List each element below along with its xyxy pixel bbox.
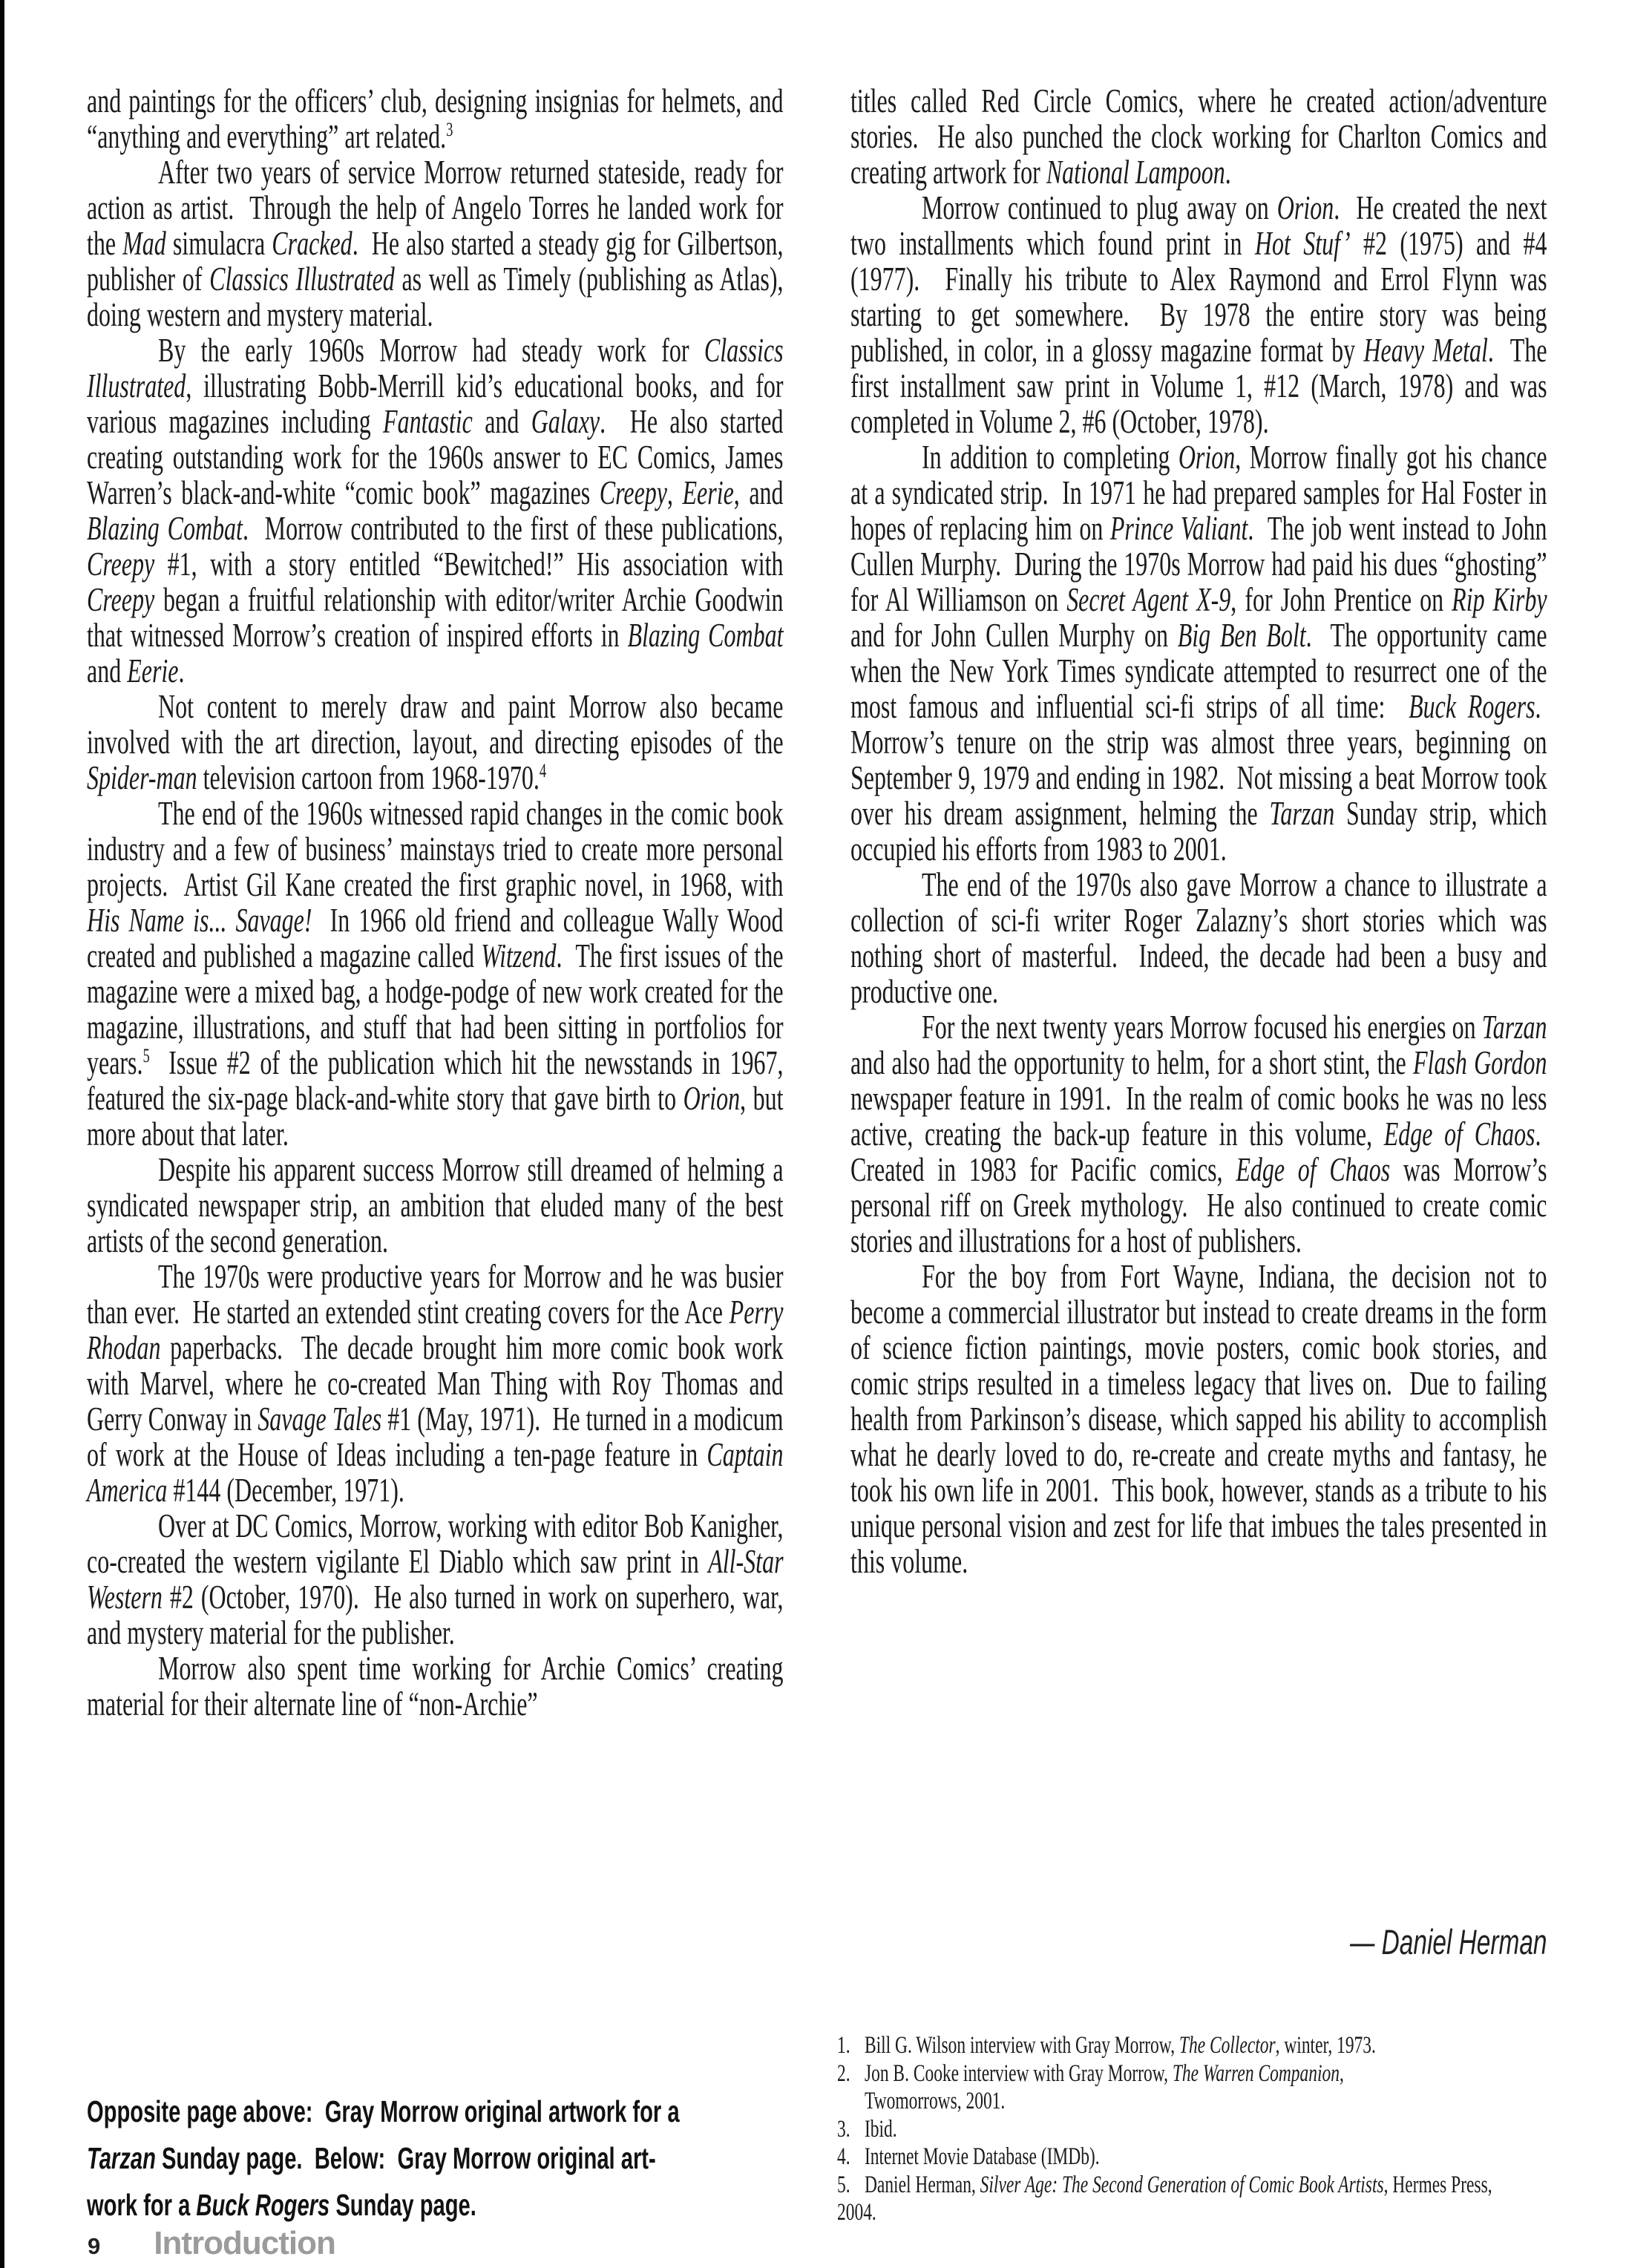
- footnote-item: 2.Jon B. Cooke interview with Gray Morro…: [837, 2060, 1534, 2116]
- paragraph: The end of the 1970s also gave Morrow a …: [850, 867, 1547, 1009]
- paragraph: The end of the 1960s witnessed rapid cha…: [87, 796, 784, 1152]
- footnote-number: 4.: [837, 2143, 865, 2172]
- paragraph: Morrow continued to plug away on Orion. …: [850, 190, 1547, 439]
- image-caption: Opposite page above: Gray Morrow origina…: [87, 2088, 784, 2229]
- footnotes-list: 1.Bill G. Wilson interview with Gray Mor…: [837, 2032, 1534, 2227]
- paragraph: Over at DC Comics, Morrow, working with …: [87, 1508, 784, 1651]
- caption-line: Tarzan Sunday page. Below: Gray Morrow o…: [87, 2135, 784, 2182]
- scan-edge-strip: [0, 0, 4, 2268]
- page-footer: 9 Introduction: [88, 2225, 335, 2262]
- body-column-left: and paintings for the officers’ club, de…: [87, 83, 784, 1722]
- paragraph: Morrow also spent time working for Archi…: [87, 1651, 784, 1722]
- section-title: Introduction: [154, 2225, 335, 2262]
- caption-line: Opposite page above: Gray Morrow origina…: [87, 2088, 784, 2135]
- body-column-right: titles called Red Circle Comics, where h…: [850, 83, 1547, 1579]
- footnote-number: 3.: [837, 2116, 865, 2144]
- paragraph: By the early 1960s Morrow had steady wor…: [87, 332, 784, 689]
- author-signature: — Daniel Herman: [850, 1924, 1547, 1961]
- book-page: and paintings for the officers’ club, de…: [0, 0, 1626, 2268]
- page-number: 9: [88, 2233, 100, 2260]
- caption-line: work for a Buck Rogers Sunday page.: [87, 2182, 784, 2229]
- paragraph: Despite his apparent success Morrow stil…: [87, 1152, 784, 1259]
- paragraph: The 1970s were productive years for Morr…: [87, 1259, 784, 1508]
- footnote-text: Bill G. Wilson interview with Gray Morro…: [865, 2032, 1376, 2059]
- paragraph: After two years of service Morrow return…: [87, 154, 784, 332]
- footnote-item: 3.Ibid.: [837, 2116, 1534, 2144]
- footnote-item: 1.Bill G. Wilson interview with Gray Mor…: [837, 2032, 1534, 2060]
- paragraph: For the boy from Fort Wayne, Indiana, th…: [850, 1259, 1547, 1579]
- footnote-text: Internet Movie Database (IMDb).: [865, 2143, 1100, 2170]
- paragraph: For the next twenty years Morrow focused…: [850, 1009, 1547, 1259]
- footnote-item: 5.Daniel Herman, Silver Age: The Second …: [837, 2172, 1534, 2227]
- footnote-text: Ibid.: [865, 2116, 897, 2143]
- paragraph: Not content to merely draw and paint Mor…: [87, 689, 784, 796]
- paragraph: In addition to completing Orion, Morrow …: [850, 439, 1547, 867]
- footnote-number: 1.: [837, 2032, 865, 2060]
- footnote-number: 5.: [837, 2172, 865, 2200]
- footnote-item: 4.Internet Movie Database (IMDb).: [837, 2143, 1534, 2172]
- footnote-text: Jon B. Cooke interview with Gray Morrow,…: [865, 2060, 1344, 2115]
- paragraph: and paintings for the officers’ club, de…: [87, 83, 784, 154]
- paragraph: titles called Red Circle Comics, where h…: [850, 83, 1547, 190]
- footnote-text: Daniel Herman, Silver Age: The Second Ge…: [837, 2172, 1492, 2226]
- footnote-number: 2.: [837, 2060, 865, 2088]
